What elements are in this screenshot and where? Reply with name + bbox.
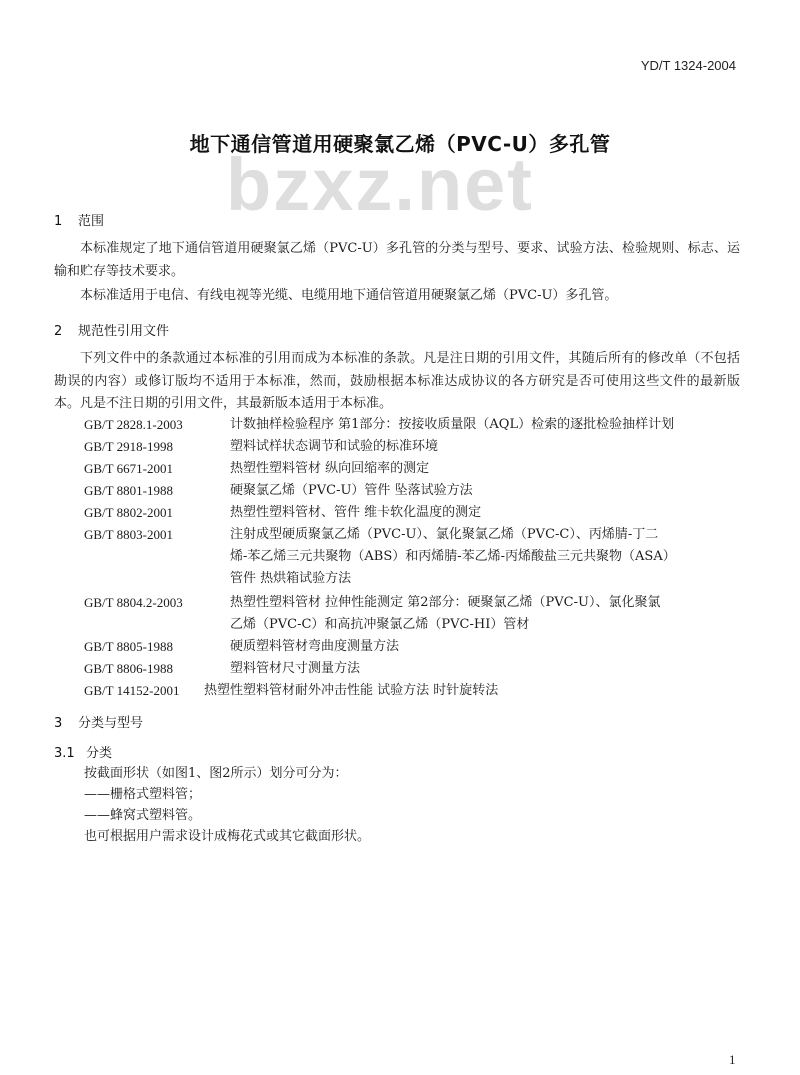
reference-title: 热塑性塑料管材 纵向回缩率的测定 <box>230 458 744 480</box>
reference-code: GB/T 2828.1-2003 <box>84 414 230 436</box>
reference-title: 热塑性塑料管材耐外冲击性能 试验方法 时针旋转法 <box>204 680 744 702</box>
list-item: ——蜂窝式塑料管。 <box>84 806 201 826</box>
reference-row: GB/T 2918-1998 塑料试样状态调节和试验的标准环境 <box>84 436 744 458</box>
reference-code: GB/T 8803-2001 <box>84 524 230 546</box>
reference-code: GB/T 8802-2001 <box>84 502 230 524</box>
paragraph: 本标准规定了地下通信管道用硬聚氯乙烯（PVC-U）多孔管的分类与型号、要求、试验… <box>54 238 740 283</box>
reference-title: 热塑性塑料管材、管件 维卡软化温度的测定 <box>230 502 744 524</box>
section-heading-classification: 3分类与型号 <box>54 712 143 731</box>
reference-title: 塑料管材尺寸测量方法 <box>230 658 744 680</box>
reference-row: GB/T 14152-2001 热塑性塑料管材耐外冲击性能 试验方法 时针旋转法 <box>84 680 744 702</box>
reference-continuation: 管件 热烘箱试验方法 <box>84 568 744 590</box>
section-heading-normative-references: 2规范性引用文件 <box>54 320 169 339</box>
subsection-heading-classification: 3.1分类 <box>54 742 112 761</box>
reference-code: GB/T 8806-1988 <box>84 658 230 680</box>
section-title: 范围 <box>78 214 104 229</box>
reference-row: GB/T 8804.2-2003 热塑性塑料管材 拉伸性能测定 第2部分：硬聚氯… <box>84 592 744 614</box>
reference-code: GB/T 8805-1988 <box>84 636 230 658</box>
reference-row: GB/T 6671-2001 热塑性塑料管材 纵向回缩率的测定 <box>84 458 744 480</box>
section-number: 3 <box>54 716 78 731</box>
paragraph: 按截面形状（如图1、图2所示）划分可分为： <box>84 764 348 784</box>
reference-title: 硬质塑料管材弯曲度测量方法 <box>230 636 744 658</box>
reference-row: GB/T 2828.1-2003 计数抽样检验程序 第1部分：按接收质量限（AQ… <box>84 414 744 436</box>
reference-title: 硬聚氯乙烯（PVC-U）管件 坠落试验方法 <box>230 480 744 502</box>
reference-row: GB/T 8806-1988 塑料管材尺寸测量方法 <box>84 658 744 680</box>
watermark: bzxz.net <box>200 148 560 222</box>
section-number: 2 <box>54 324 78 339</box>
reference-title-continuation: 管件 热烘箱试验方法 <box>230 568 744 590</box>
reference-code: GB/T 14152-2001 <box>84 680 204 702</box>
reference-continuation: 乙烯（PVC-C）和高抗冲聚氯乙烯（PVC-HI）管材 <box>84 614 744 636</box>
subsection-title: 分类 <box>86 746 112 761</box>
reference-code: GB/T 8804.2-2003 <box>84 592 230 614</box>
reference-row: GB/T 8801-1988 硬聚氯乙烯（PVC-U）管件 坠落试验方法 <box>84 480 744 502</box>
reference-continuation: 烯-苯乙烯三元共聚物（ABS）和丙烯腈-苯乙烯-丙烯酸盐三元共聚物（ASA） <box>84 546 744 568</box>
reference-title: 计数抽样检验程序 第1部分：按接收质量限（AQL）检索的逐批检验抽样计划 <box>230 414 744 436</box>
reference-title: 热塑性塑料管材 拉伸性能测定 第2部分：硬聚氯乙烯（PVC-U）、氯化聚氯 <box>230 592 744 614</box>
reference-code: GB/T 8801-1988 <box>84 480 230 502</box>
list-item: ——栅格式塑料管； <box>84 785 201 805</box>
reference-row: GB/T 8803-2001 注射成型硬质聚氯乙烯（PVC-U）、氯化聚氯乙烯（… <box>84 524 744 546</box>
reference-row: GB/T 8802-2001 热塑性塑料管材、管件 维卡软化温度的测定 <box>84 502 744 524</box>
section-title: 分类与型号 <box>78 716 143 731</box>
reference-title: 塑料试样状态调节和试验的标准环境 <box>230 436 744 458</box>
document-title: 地下通信管道用硬聚氯乙烯（PVC-U）多孔管 <box>0 128 800 157</box>
reference-code: GB/T 6671-2001 <box>84 458 230 480</box>
subsection-number: 3.1 <box>54 746 86 761</box>
reference-title-continuation: 烯-苯乙烯三元共聚物（ABS）和丙烯腈-苯乙烯-丙烯酸盐三元共聚物（ASA） <box>230 546 744 568</box>
standard-code: YD/T 1324-2004 <box>641 58 736 73</box>
page-number: 1 <box>729 1052 736 1068</box>
reference-code: GB/T 2918-1998 <box>84 436 230 458</box>
section-heading-scope: 1范围 <box>54 210 104 229</box>
reference-row: GB/T 8805-1988 硬质塑料管材弯曲度测量方法 <box>84 636 744 658</box>
paragraph: 下列文件中的条款通过本标准的引用而成为本标准的条款。凡是注日期的引用文件，其随后… <box>54 348 740 416</box>
section-number: 1 <box>54 214 78 229</box>
paragraph: 也可根据用户需求设计成梅花式或其它截面形状。 <box>84 827 370 847</box>
section-title: 规范性引用文件 <box>78 324 169 339</box>
reference-title: 注射成型硬质聚氯乙烯（PVC-U）、氯化聚氯乙烯（PVC-C）、丙烯腈-丁二 <box>230 524 744 546</box>
paragraph: 本标准适用于电信、有线电视等光缆、电缆用地下通信管道用硬聚氯乙烯（PVC-U）多… <box>54 285 740 308</box>
reference-title-continuation: 乙烯（PVC-C）和高抗冲聚氯乙烯（PVC-HI）管材 <box>230 614 744 636</box>
